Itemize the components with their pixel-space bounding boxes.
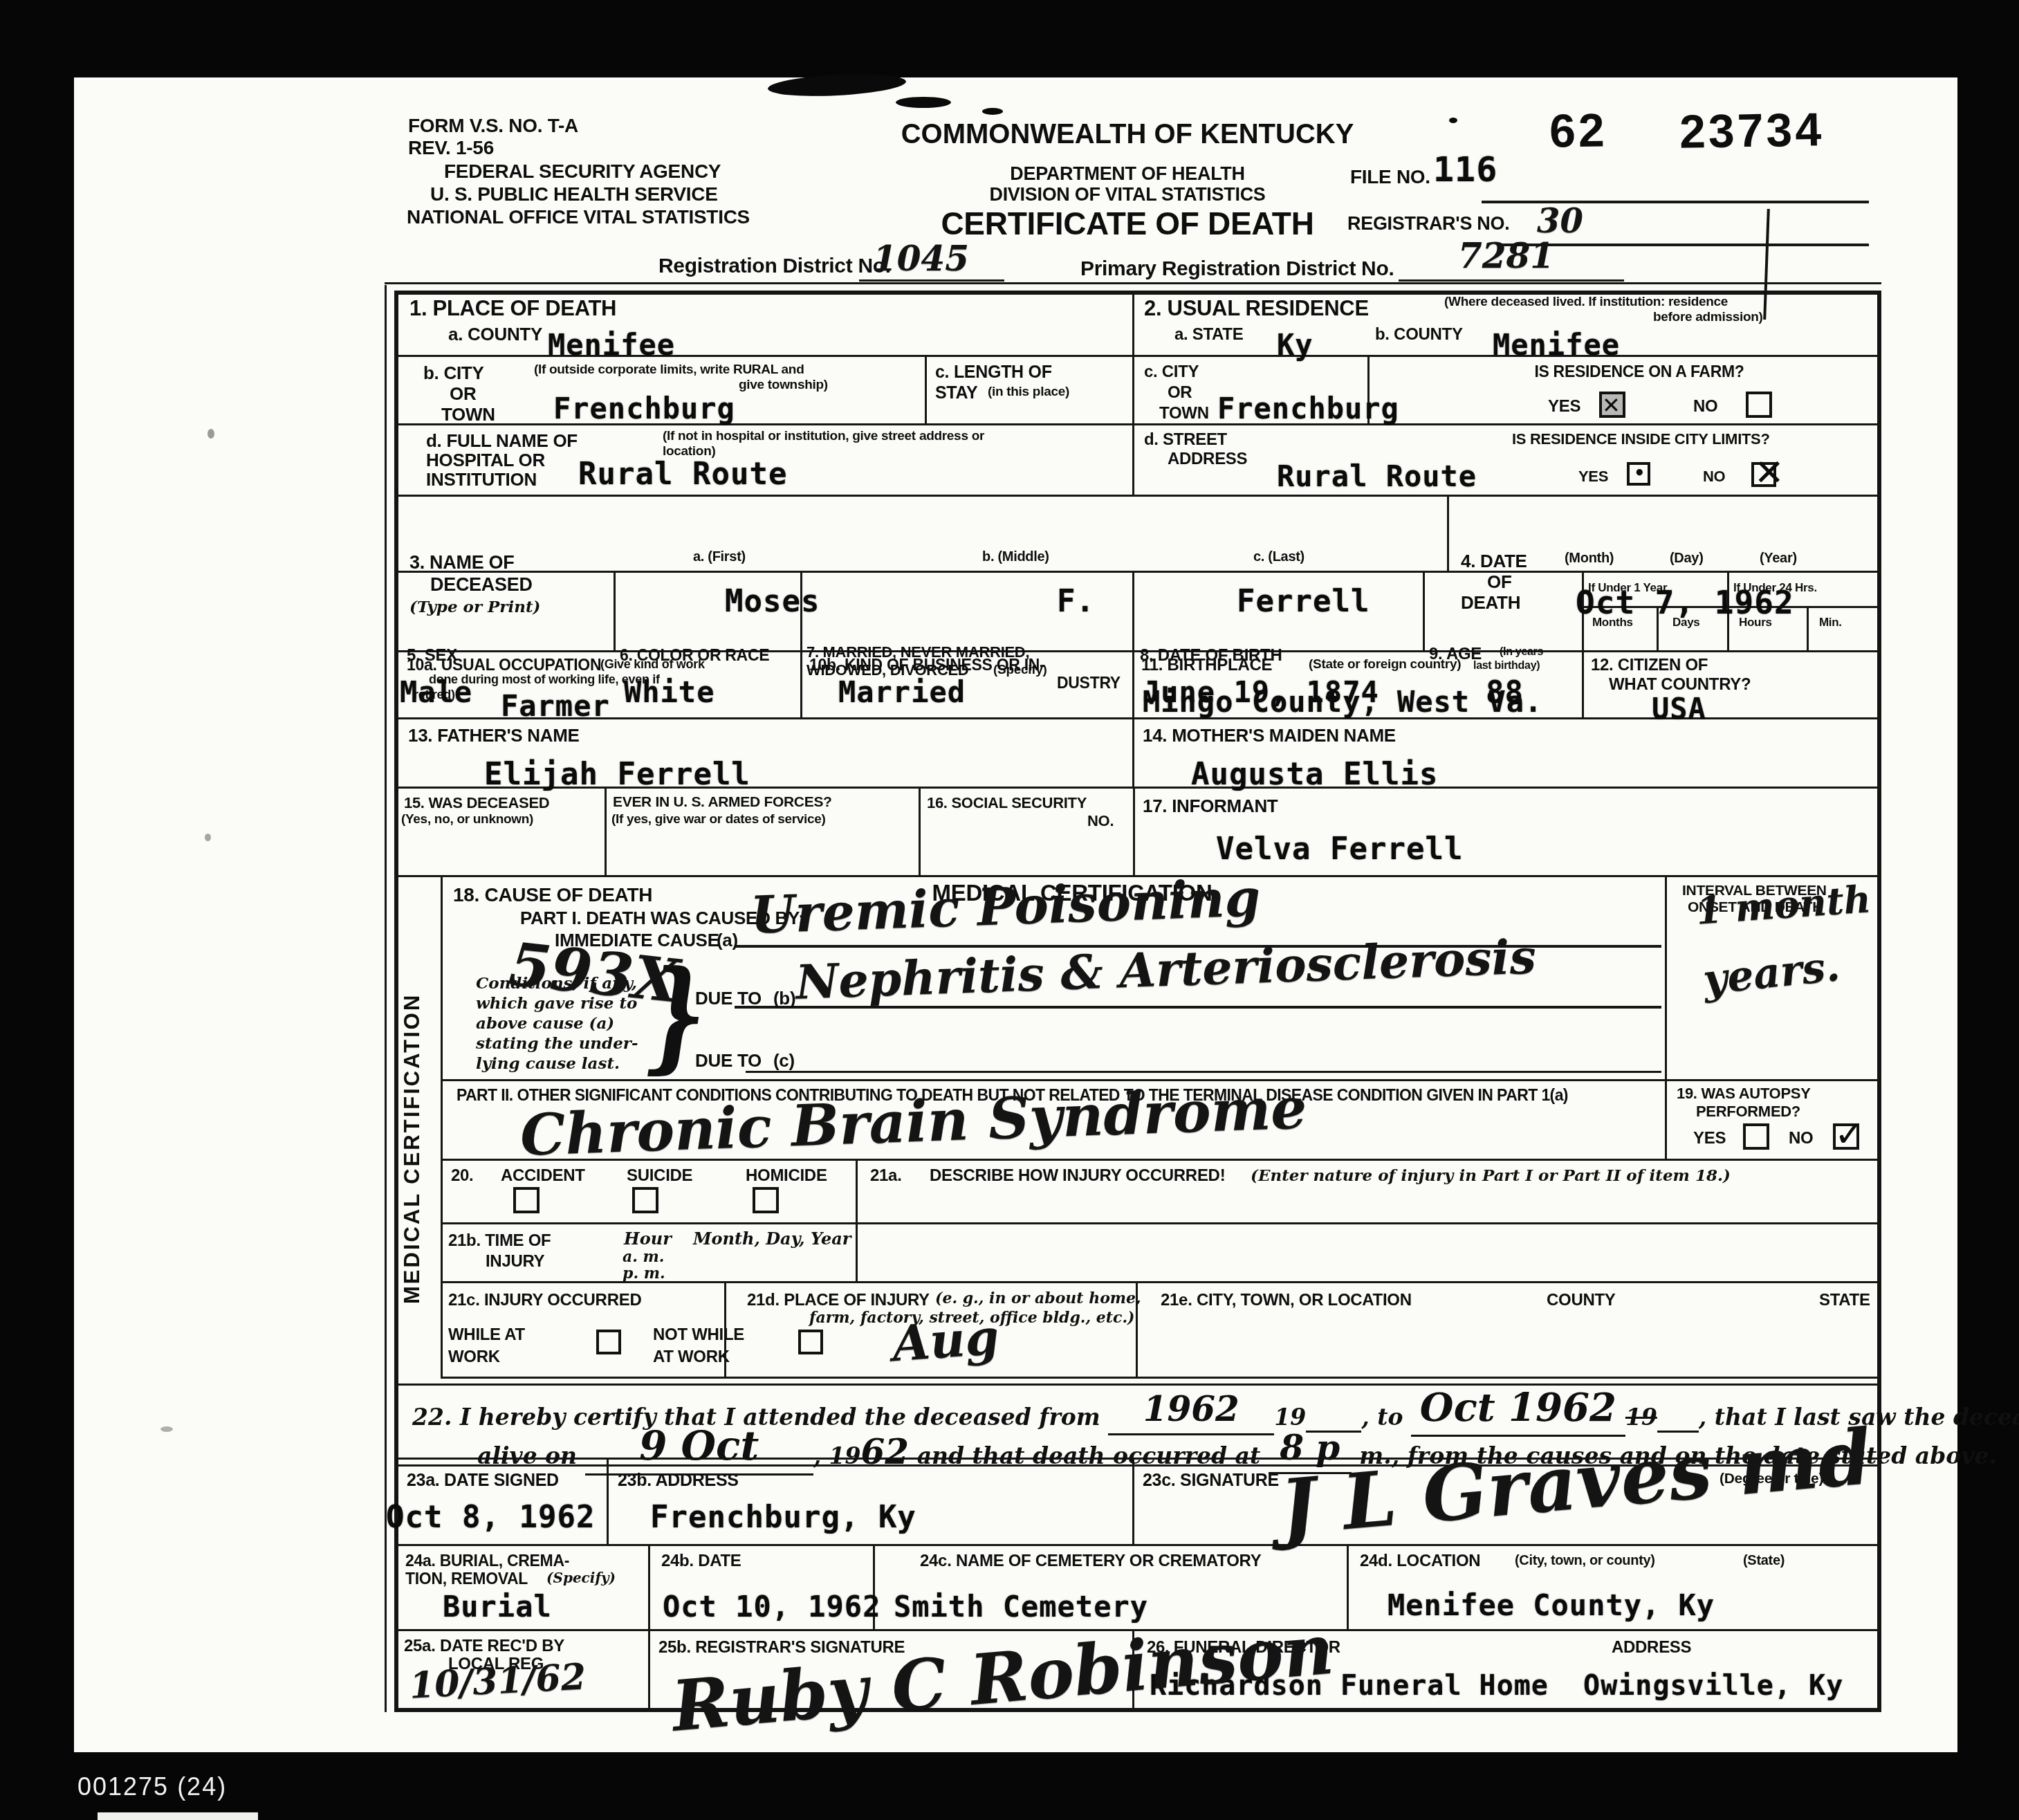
residence-city-label-2: OR bbox=[1168, 383, 1192, 403]
city-note-1: (If outside corporate limits, write RURA… bbox=[534, 362, 804, 378]
farm-yes-mark: ✕ bbox=[1602, 394, 1621, 416]
homicide-label: HOMICIDE bbox=[746, 1166, 827, 1186]
am-label: a. m. bbox=[623, 1248, 665, 1266]
year-value: 62 bbox=[861, 1431, 910, 1472]
birthplace-label: 11. BIRTHPLACE bbox=[1141, 656, 1272, 675]
alive-on-text: alive on bbox=[477, 1442, 577, 1469]
hospital-label-1: d. FULL NAME OF bbox=[426, 430, 578, 452]
ssn-label-2: NO. bbox=[1087, 812, 1114, 830]
rule bbox=[746, 1071, 1661, 1073]
due-to-c: (c) bbox=[773, 1050, 795, 1072]
location-label: 24d. LOCATION bbox=[1360, 1552, 1480, 1571]
pm-label: p. m. bbox=[623, 1265, 665, 1283]
hospital-label-2: HOSPITAL OR bbox=[426, 450, 545, 471]
burial-value: Burial bbox=[443, 1590, 552, 1624]
farm-yes-label: YES bbox=[1548, 397, 1580, 416]
conditions-note-5: lying cause last. bbox=[476, 1054, 620, 1073]
dod-year-label: (Year) bbox=[1760, 551, 1797, 567]
date-signed-value: Oct 8, 1962 bbox=[386, 1500, 595, 1535]
agency-line-3: NATIONAL OFFICE VITAL STATISTICS bbox=[407, 206, 750, 228]
armed-forces-label-2: (If yes, give war or dates of service) bbox=[611, 812, 826, 827]
residence-city-label-3: TOWN bbox=[1159, 404, 1209, 423]
place-of-injury-script: Aug bbox=[890, 1308, 1001, 1373]
scan-smudge bbox=[1449, 118, 1457, 123]
while-at-work-checkbox bbox=[596, 1330, 621, 1354]
primary-district-label: Primary Registration District No. bbox=[1080, 257, 1394, 281]
cell-time-of-injury-entry bbox=[858, 1224, 1881, 1283]
suicide-checkbox bbox=[632, 1187, 658, 1213]
conditions-note-4: stating the under- bbox=[476, 1034, 638, 1053]
autopsy-no-label: NO bbox=[1789, 1129, 1813, 1148]
due-to-b: (b) bbox=[773, 988, 795, 1009]
while-at-label: WHILE AT bbox=[448, 1325, 525, 1345]
place-of-injury-label: 21d. PLACE OF INJURY bbox=[747, 1291, 930, 1310]
state-label: a. STATE bbox=[1174, 325, 1243, 344]
residence-city-label-1: c. CITY bbox=[1144, 362, 1199, 382]
dod-label-3: DEATH bbox=[1461, 592, 1520, 614]
farm-no-label: NO bbox=[1693, 397, 1717, 416]
county-label: a. COUNTY bbox=[448, 324, 542, 345]
dod-label-1: 4. DATE bbox=[1461, 551, 1527, 572]
city-limits-question: IS RESIDENCE INSIDE CITY LIMITS? bbox=[1512, 430, 1770, 448]
farm-question: IS RESIDENCE ON A FARM? bbox=[1411, 362, 1868, 381]
armed-forces-label-1: EVER IN U. S. ARMED FORCES? bbox=[613, 794, 832, 811]
location-value: Menifee County, Ky bbox=[1388, 1588, 1715, 1622]
marital-value: Married bbox=[838, 675, 966, 709]
homicide-checkbox bbox=[753, 1187, 779, 1213]
age-note-2: last birthday) bbox=[1473, 660, 1540, 672]
citizen-value: USA bbox=[1652, 692, 1706, 726]
name-label-1: 3. NAME OF bbox=[409, 552, 515, 573]
suicide-label: SUICIDE bbox=[627, 1166, 692, 1186]
hospital-value: Rural Route bbox=[578, 457, 787, 492]
business-label-1: 10b. KIND OF BUSINESS OR IN- bbox=[809, 656, 1044, 674]
agency-line-2: U. S. PUBLIC HEALTH SERVICE bbox=[430, 183, 718, 205]
stamped-file-year: 62 bbox=[1549, 103, 1607, 158]
time-of-injury-label-2: INJURY bbox=[486, 1252, 544, 1271]
division-title: DIVISION OF VITAL STATISTICS bbox=[885, 184, 1370, 205]
certify-number: 22. bbox=[412, 1404, 452, 1431]
rule bbox=[385, 282, 1881, 284]
form-revision: REV. 1-56 bbox=[408, 137, 494, 159]
agency-line-1: FEDERAL SECURITY AGENCY bbox=[444, 160, 721, 183]
commonwealth-title: COMMONWEALTH OF KENTUCKY bbox=[885, 119, 1370, 150]
injury-state-label: STATE bbox=[1819, 1291, 1870, 1310]
time-of-injury-label-1: 21b. TIME OF bbox=[448, 1231, 551, 1251]
cause-of-death-title: 18. CAUSE OF DEATH bbox=[453, 884, 652, 906]
work-label: WORK bbox=[448, 1348, 500, 1367]
mother-label: 14. MOTHER'S MAIDEN NAME bbox=[1143, 725, 1396, 746]
medical-certification-side-label: MEDICAL CERTIFICATION bbox=[400, 955, 437, 1342]
limits-yes-mark: • bbox=[1634, 465, 1645, 483]
name-label-2: DECEASED bbox=[430, 574, 533, 596]
burial-date-value: Oct 10, 1962 bbox=[663, 1590, 881, 1624]
rule bbox=[385, 285, 387, 1712]
death-occurred-text: and that death occurred at bbox=[917, 1442, 1261, 1469]
birthplace-note: (State or foreign country) bbox=[1309, 657, 1461, 672]
mother-value: Augusta Ellis bbox=[1191, 757, 1438, 792]
sex-value: Male bbox=[400, 675, 472, 709]
street-label-2: ADDRESS bbox=[1168, 450, 1247, 469]
describe-injury-label: DESCRIBE HOW INJURY OCCURRED! bbox=[930, 1166, 1225, 1186]
attended-to-value: Oct 1962 bbox=[1420, 1385, 1616, 1431]
informant-label: 17. INFORMANT bbox=[1143, 796, 1278, 817]
registrar-no-label: REGISTRAR'S NO. bbox=[1347, 213, 1509, 235]
location-note-1: (City, town, or county) bbox=[1515, 1553, 1655, 1569]
occupation-note-1: (Give kind of work bbox=[600, 657, 705, 672]
month-day-year-label: Month, Day, Year bbox=[693, 1229, 851, 1249]
residence-county-label: b. COUNTY bbox=[1375, 325, 1463, 344]
rule bbox=[859, 279, 1004, 282]
birthplace-value: Mingo County, West Va. bbox=[1143, 685, 1542, 719]
informant-value: Velva Ferrell bbox=[1216, 831, 1463, 867]
father-label: 13. FATHER'S NAME bbox=[408, 725, 580, 746]
occupation-label: 10a. USUAL OCCUPATION bbox=[407, 656, 601, 674]
stay-label-1: c. LENGTH OF bbox=[935, 362, 1052, 383]
race-value: White bbox=[624, 675, 715, 709]
attended-from-value: 1962 bbox=[1143, 1388, 1239, 1429]
business-label-2: DUSTRY bbox=[1057, 674, 1121, 692]
city-note-2: give township) bbox=[739, 378, 828, 393]
last-name-label: c. (Last) bbox=[1253, 549, 1304, 565]
min-label: Min. bbox=[1819, 616, 1842, 629]
farm-no-checkbox bbox=[1746, 392, 1772, 418]
city-label-1: b. CITY bbox=[423, 362, 483, 384]
burial-label-2: TION, REMOVAL bbox=[405, 1570, 528, 1588]
dod-month-label: (Month) bbox=[1565, 551, 1614, 567]
middle-name-value: F. bbox=[1057, 584, 1095, 619]
scan-smudge bbox=[896, 97, 951, 108]
hospital-note-1: (If not in hospital or institution, give… bbox=[663, 429, 984, 444]
city-label-2: OR bbox=[450, 383, 476, 405]
cemetery-value: Smith Cemetery bbox=[894, 1590, 1148, 1624]
date-received-label-1: 25a. DATE REC'D BY bbox=[404, 1637, 564, 1656]
injury-city-label: 21e. CITY, TOWN, OR LOCATION bbox=[1161, 1291, 1412, 1310]
residence-note-1: (Where deceased lived. If institution: r… bbox=[1444, 295, 1728, 310]
rule bbox=[1399, 279, 1624, 282]
item-20-label: 20. bbox=[451, 1166, 473, 1186]
immediate-cause-a: (a) bbox=[717, 930, 738, 951]
ssn-label-1: 16. SOCIAL SECURITY bbox=[927, 794, 1087, 812]
first-name-value: Moses bbox=[725, 584, 820, 619]
scan-smudge bbox=[982, 108, 1003, 115]
dod-day-label: (Day) bbox=[1670, 551, 1704, 567]
autopsy-label-2: PERFORMED? bbox=[1696, 1103, 1800, 1121]
stay-note: (in this place) bbox=[988, 385, 1069, 400]
scan-smudge bbox=[160, 1426, 173, 1432]
alive-on-value: 9 Oct bbox=[639, 1422, 759, 1469]
middle-name-label: b. (Middle) bbox=[982, 549, 1049, 565]
was-deceased-label-2: (Yes, no, or unknown) bbox=[401, 812, 533, 827]
street-value: Rural Route bbox=[1277, 459, 1477, 493]
residence-county-value: Menifee bbox=[1493, 328, 1620, 362]
state-value: Ky bbox=[1277, 328, 1313, 362]
autopsy-yes-checkbox bbox=[1743, 1123, 1769, 1150]
name-label-3: (Type or Print) bbox=[409, 598, 540, 616]
residence-note-2: before admission) bbox=[1653, 310, 1763, 325]
limits-no-label: NO bbox=[1703, 468, 1725, 486]
not-while-label: NOT WHILE bbox=[653, 1325, 744, 1345]
county-value: Menifee bbox=[548, 328, 675, 362]
rule bbox=[1807, 606, 1809, 652]
last-name-value: Ferrell bbox=[1237, 584, 1370, 619]
scan-smudge bbox=[205, 834, 211, 841]
city-value: Frenchburg bbox=[553, 392, 735, 425]
rule bbox=[394, 1384, 1881, 1386]
file-no-label: FILE NO. bbox=[1350, 166, 1430, 188]
scan-smudge bbox=[208, 429, 214, 439]
form-number: FORM V.S. NO. T-A bbox=[408, 115, 578, 137]
autopsy-no-mark: ✓ bbox=[1834, 1116, 1865, 1152]
scan-footer-code: 001275 (24) bbox=[77, 1772, 227, 1801]
city-label-3: TOWN bbox=[441, 404, 495, 425]
was-deceased-label-1: 15. WAS DECEASED bbox=[404, 794, 549, 812]
scan-paper-sliver bbox=[98, 1812, 258, 1820]
place-of-death-title: 1. PLACE OF DEATH bbox=[409, 296, 616, 321]
registration-district-label: Registration District No. bbox=[658, 255, 891, 278]
stay-label-2: STAY bbox=[935, 383, 977, 403]
dod-value: Oct 7, 1962 bbox=[1576, 584, 1794, 621]
alive-on-slot: 9 Oct bbox=[585, 1426, 813, 1476]
street-label-1: d. STREET bbox=[1144, 430, 1227, 450]
accident-label: ACCIDENT bbox=[501, 1166, 585, 1186]
department-title: DEPARTMENT OF HEALTH bbox=[885, 163, 1370, 185]
autopsy-label-1: 19. WAS AUTOPSY bbox=[1677, 1085, 1811, 1103]
item-21a-label: 21a. bbox=[870, 1166, 902, 1186]
certificate-title: CERTIFICATE OF DEATH bbox=[885, 205, 1370, 242]
injury-occurred-label: 21c. INJURY OCCURRED bbox=[448, 1291, 641, 1310]
registration-district-value: 1045 bbox=[873, 238, 969, 279]
limits-no-mark: ✕ bbox=[1754, 455, 1785, 491]
location-note-2: (State) bbox=[1743, 1553, 1785, 1569]
dod-label-2: OF bbox=[1487, 571, 1512, 593]
age-note-1: (In years bbox=[1500, 646, 1543, 659]
residence-city-value: Frenchburg bbox=[1217, 392, 1399, 425]
citizen-label-1: 12. CITIZEN OF bbox=[1591, 656, 1708, 675]
funeral-address-label: ADDRESS bbox=[1612, 1638, 1691, 1657]
stamped-file-serial: 23734 bbox=[1679, 102, 1824, 159]
injury-county-label: COUNTY bbox=[1547, 1291, 1616, 1310]
due-to-b-label: DUE TO bbox=[695, 988, 762, 1009]
burial-label-1: 24a. BURIAL, CREMA- bbox=[405, 1552, 569, 1570]
at-work-label: AT WORK bbox=[653, 1348, 730, 1367]
primary-district-value: 7281 bbox=[1458, 235, 1554, 276]
cemetery-label: 24c. NAME OF CEMETERY OR CREMATORY bbox=[920, 1552, 1261, 1571]
hour-label: Hour bbox=[624, 1229, 672, 1249]
not-while-at-work-checkbox bbox=[798, 1330, 823, 1354]
scanned-death-certificate: FORM V.S. NO. T-A REV. 1-56 FEDERAL SECU… bbox=[0, 0, 2019, 1820]
accident-checkbox bbox=[513, 1187, 540, 1213]
occupation-value: Farmer bbox=[501, 689, 610, 723]
describe-injury-note: (Enter nature of injury in Part I or Par… bbox=[1251, 1166, 1731, 1185]
burial-date-label: 24b. DATE bbox=[661, 1552, 741, 1571]
autopsy-yes-label: YES bbox=[1693, 1129, 1726, 1148]
physician-address-value: Frenchburg, Ky bbox=[650, 1500, 916, 1535]
due-to-c-label: DUE TO bbox=[695, 1050, 762, 1072]
burial-note: (Specify) bbox=[546, 1570, 616, 1586]
place-of-injury-note-1: (e. g., in or about home, bbox=[935, 1289, 1141, 1307]
file-no-value: 116 bbox=[1433, 149, 1497, 190]
hospital-label-3: INSTITUTION bbox=[426, 469, 537, 490]
printed-19-c: , 19 bbox=[813, 1442, 861, 1469]
limits-yes-label: YES bbox=[1578, 468, 1608, 486]
father-value: Elijah Ferrell bbox=[484, 757, 750, 792]
usual-residence-title: 2. USUAL RESIDENCE bbox=[1144, 296, 1369, 321]
first-name-label: a. (First) bbox=[693, 549, 746, 565]
conditions-note-3: above cause (a) bbox=[476, 1014, 614, 1033]
